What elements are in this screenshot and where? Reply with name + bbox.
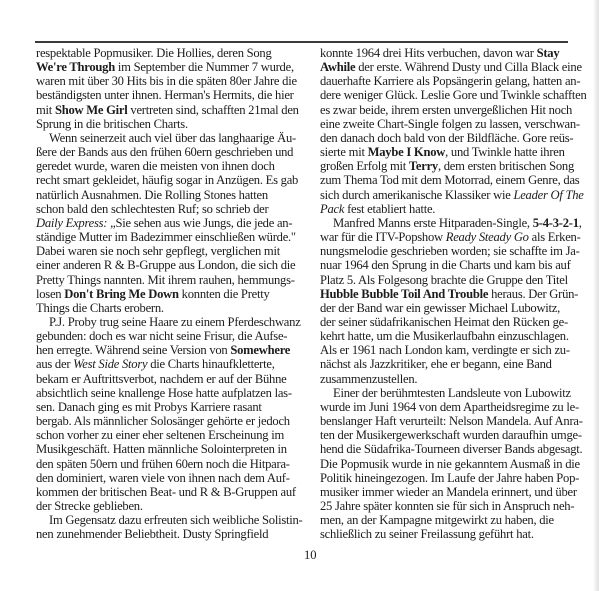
text-line: einer anderen R & B-Gruppe aus London, d… <box>36 258 292 272</box>
text-line: Wenn seinerzeit auch viel über das langh… <box>36 131 292 145</box>
text-line: der Strecke geblieben. <box>36 499 292 513</box>
song-title: We're Through <box>36 60 115 74</box>
text-line: bekam er Auftrittsverbot, nachdem er auf… <box>36 372 292 386</box>
text-line: kommen der britischen Beat- und R & B-Gr… <box>36 485 292 499</box>
text-line: eine zweite Chart-Single folgen zu lasse… <box>320 117 572 131</box>
text-line: ständige Mutter im Badezimmer einschließ… <box>36 230 292 244</box>
text-line: beständigsten unter ihnen. Herman's Herm… <box>36 88 292 102</box>
text-line: P.J. Proby trug seine Haare zu einem Pfe… <box>36 315 292 329</box>
text-line: gebunden: doch es war nicht seine Frisur… <box>36 329 292 343</box>
text-line: war für die ITV-Popshow Ready Steady Go … <box>320 230 572 244</box>
text-line: mit Show Me Girl vertreten sind, schafft… <box>36 103 292 117</box>
song-title: Terry <box>409 159 438 173</box>
top-horizontal-rule <box>35 41 568 43</box>
text-line: Als er 1961 nach London kam, verdingte e… <box>320 343 572 357</box>
text-line: Politik hineingezogen. Im Laufe der Jahr… <box>320 471 572 485</box>
text-line: den späten 50ern und frühen 60ern noch d… <box>36 457 292 471</box>
text-line: der der Band war ein gewisser Michael Lu… <box>320 301 572 315</box>
text-line: benslanger Haft verurteilt: Nelson Mande… <box>320 414 572 428</box>
text-line: nuar 1964 den Sprung in die Charts und k… <box>320 258 572 272</box>
text-line: natürlich Ausnahmen. Die Rolling Stones … <box>36 188 292 202</box>
text-line: Awhile der erste. Während Dusty und Cill… <box>320 60 572 74</box>
text-line: recht smart gekleidet, häufig sogar in A… <box>36 173 292 187</box>
song-title-italic: Pack <box>320 202 344 216</box>
text-line: sierte mit Maybe I Know, und Twinkle hat… <box>320 145 572 159</box>
text-line: nen zunehmender Beliebtheit. Dusty Sprin… <box>36 527 292 541</box>
text-line: ten der Musikergewerkschaft wurden darau… <box>320 428 572 442</box>
text-line: Pack fest etabliert hatte. <box>320 202 572 216</box>
text-line: den dominiert, waren viele von ihnen nac… <box>36 471 292 485</box>
text-line: dere weniger Glück. Leslie Gore und Twin… <box>320 88 572 102</box>
text-line: Pretty Things nannten. Mit ihrem rauhen,… <box>36 273 292 287</box>
text-line: schließlich zu seiner Freilassung geführ… <box>320 527 572 541</box>
text-line: sich durch amerikanische Klassiker wie L… <box>320 188 572 202</box>
page-number: 10 <box>304 548 317 563</box>
text-line: Die Popmusik wurde in nie gekanntem Ausm… <box>320 457 572 471</box>
text-line: Musikgeschäft. Hatten männliche Solointe… <box>36 442 292 456</box>
text-line: waren mit über 30 Hits bis in die späten… <box>36 74 292 88</box>
text-line: Im Gegensatz dazu erfreuten sich weiblic… <box>36 513 292 527</box>
text-line: Sprung in die britischen Charts. <box>36 117 292 131</box>
text-line: men, an der Kampagne mitgewirkt zu haben… <box>320 513 572 527</box>
song-title: Show Me Girl <box>55 103 128 117</box>
text-line: bergab. Als männlicher Solosänger gehört… <box>36 414 292 428</box>
text-line: nungsmelodie geschrieben worden; sie sch… <box>320 244 572 258</box>
text-line: We're Through im September die Nummer 7 … <box>36 60 292 74</box>
text-line: aus der West Side Story die Charts hinau… <box>36 357 292 371</box>
musical-title: West Side Story <box>73 357 147 371</box>
text-line: den danach doch bald von der Bildfläche.… <box>320 131 572 145</box>
text-line: respektable Popmusiker. Die Hollies, der… <box>36 46 292 60</box>
song-title: Maybe I Know <box>368 145 445 159</box>
text-line: zum Thema Tod mit dem Motorrad, einem Ge… <box>320 173 572 187</box>
text-line: Hubble Bubble Toil And Trouble heraus. D… <box>320 287 572 301</box>
song-title-italic: Leader Of The <box>513 188 583 202</box>
text-line: großen Erfolg mit Terry, dem ersten brit… <box>320 159 572 173</box>
text-line: nächst als Jazzkritiker, ehe er begann, … <box>320 357 572 371</box>
song-title: Awhile <box>320 60 355 74</box>
page-scan-edge-shadow <box>593 0 599 591</box>
text-line: Things die Charts erobern. <box>36 301 292 315</box>
text-line: losen Don't Bring Me Down konnten die Pr… <box>36 287 292 301</box>
text-line: dauerhafte Karriere als Popsängerin gela… <box>320 74 572 88</box>
text-line: geredet wurde, waren die meisten von ihn… <box>36 159 292 173</box>
text-line: Daily Express: „Sie sehen aus wie Jungs,… <box>36 216 292 230</box>
song-title: Stay <box>537 46 560 60</box>
text-line: Dabei waren sie noch sehr gepflegt, verg… <box>36 244 292 258</box>
text-line: 25 Jahre später konnten sie für sich in … <box>320 499 572 513</box>
text-line: schon vorher zu einer eher seltenen Ersc… <box>36 428 292 442</box>
song-title: Don't Bring Me Down <box>64 287 179 301</box>
text-line: konnte 1964 drei Hits verbuchen, davon w… <box>320 46 572 60</box>
right-text-column: konnte 1964 drei Hits verbuchen, davon w… <box>320 46 572 541</box>
text-line: kehrt hatte, um die Musikerlaufbahn einz… <box>320 329 572 343</box>
left-text-column: respektable Popmusiker. Die Hollies, der… <box>36 46 292 541</box>
publication-title: Daily Express: <box>36 216 107 230</box>
text-line: hen erregte. Während seine Version von S… <box>36 343 292 357</box>
text-line: absichtlich seine knallenge Hose hatte a… <box>36 386 292 400</box>
text-line: schon bald den schlechtesten Ruf; so sch… <box>36 202 292 216</box>
text-line: hend die Südafrika-Tourneen diverser Ban… <box>320 442 572 456</box>
text-line: ßere der Bands aus den frühen 60ern gesc… <box>36 145 292 159</box>
text-line: zusammenzustellen. <box>320 372 572 386</box>
text-line: Einer der berühmtesten Landsleute von Lu… <box>320 386 572 400</box>
text-line: es zwar beide, ihrem ersten unvergeßlich… <box>320 103 572 117</box>
song-title: 5-4-3-2-1 <box>533 216 579 230</box>
text-line: wurde im Juni 1964 von dem Apartheidsreg… <box>320 400 572 414</box>
song-title: Somewhere <box>230 343 290 357</box>
text-line: Platz 5. Als Folgesong brachte die Grupp… <box>320 273 572 287</box>
show-title: Ready Steady Go <box>446 230 529 244</box>
text-line: Manfred Manns erste Hitparaden-Single, 5… <box>320 216 572 230</box>
text-line: musiker immer wieder an Mandela erinnert… <box>320 485 572 499</box>
text-line: sen. Danach ging es mit Probys Karriere … <box>36 400 292 414</box>
text-line: der seiner südafrikanischen Heimat den R… <box>320 315 572 329</box>
song-title: Hubble Bubble Toil And Trouble <box>320 287 488 301</box>
